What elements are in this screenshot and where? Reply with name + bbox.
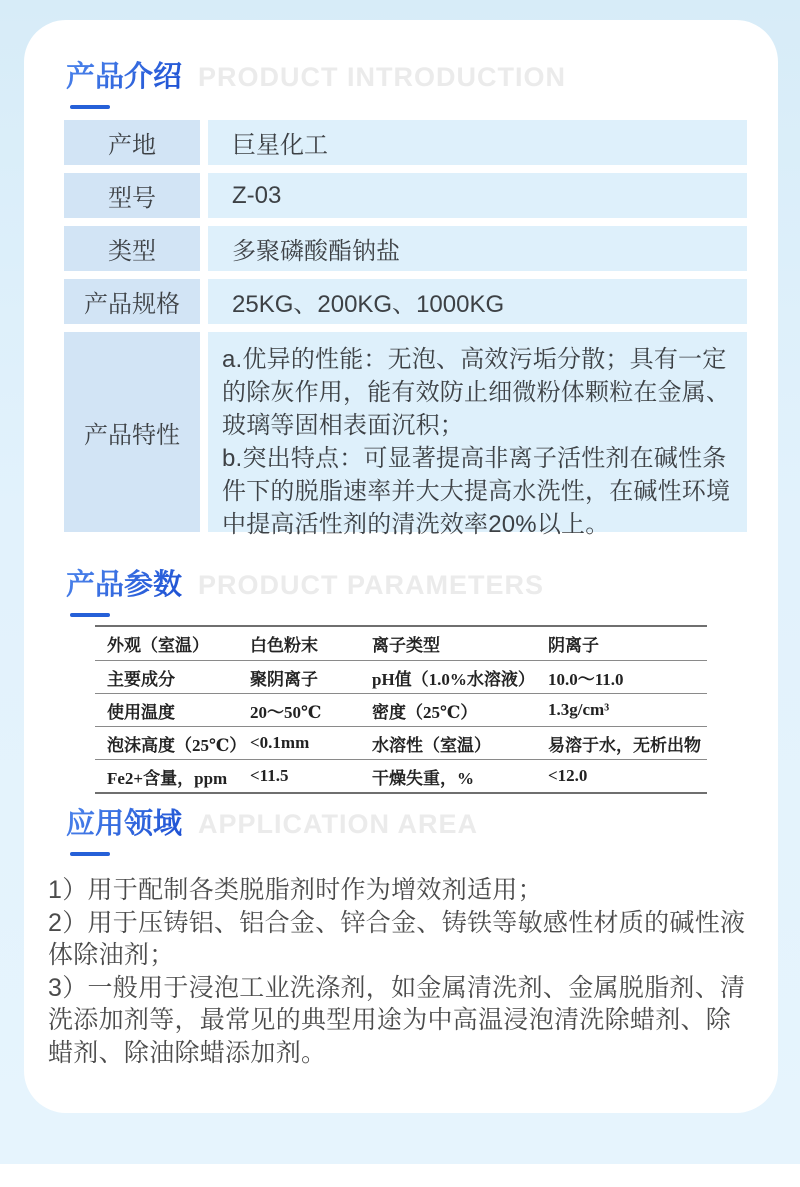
section-params-subtitle: PRODUCT PARAMETERS xyxy=(198,570,544,601)
table-row: 产品特性 a.优异的性能：无泡、高效污垢分散；具有一定的除灰作用，能有效防止细微… xyxy=(64,332,747,532)
section-application-header: 应用领域 APPLICATION AREA xyxy=(66,805,778,844)
param-value: 白色粉末 xyxy=(250,631,372,656)
param-value: <11.5 xyxy=(250,766,372,786)
list-item: 1）用于配制各类脱脂剂时作为增效剂适用； xyxy=(48,874,752,907)
info-label: 产品特性 xyxy=(64,332,200,532)
param-name: 离子类型 xyxy=(372,631,548,656)
param-name: 主要成分 xyxy=(95,665,250,690)
param-value: <0.1mm xyxy=(250,733,372,753)
section-application-subtitle: APPLICATION AREA xyxy=(198,809,478,840)
info-label: 类型 xyxy=(64,226,200,271)
section-intro-underline xyxy=(70,105,110,109)
table-row: 外观（室温） 白色粉末 离子类型 阴离子 xyxy=(95,627,707,660)
table-row: 产地 巨星化工 xyxy=(64,120,747,165)
param-value: 10.0～11.0 xyxy=(548,665,707,690)
param-name: 干燥失重，% xyxy=(372,764,548,789)
section-application-title: 应用领域 xyxy=(66,805,182,844)
param-name: 泡沫高度（25℃） xyxy=(95,731,250,756)
product-info-table: 产地 巨星化工 型号 Z-03 类型 多聚磷酸酯钠盐 产品规格 25KG、200… xyxy=(64,120,747,532)
application-list: 1）用于配制各类脱脂剂时作为增效剂适用； 2）用于压铸铝、铝合金、锌合金、铸铁等… xyxy=(48,874,752,1069)
param-value: 易溶于水，无析出物 xyxy=(548,731,707,756)
info-value: a.优异的性能：无泡、高效污垢分散；具有一定的除灰作用，能有效防止细微粉体颗粒在… xyxy=(208,332,747,532)
info-label: 产品规格 xyxy=(64,279,200,324)
parameter-table: 外观（室温） 白色粉末 离子类型 阴离子 主要成分 聚阴离子 pH值（1.0%水… xyxy=(95,625,707,794)
param-value: 20～50℃ xyxy=(250,698,372,723)
param-name: Fe2+含量，ppm xyxy=(95,764,250,789)
section-params-title: 产品参数 xyxy=(66,566,182,605)
param-value: 聚阴离子 xyxy=(250,665,372,690)
param-name: 水溶性（室温） xyxy=(372,731,548,756)
product-detail-card: 产品介绍 PRODUCT INTRODUCTION 产地 巨星化工 型号 Z-0… xyxy=(24,20,778,1113)
table-row: 使用温度 20～50℃ 密度（25℃） 1.3g/cm³ xyxy=(95,693,707,726)
section-params-header: 产品参数 PRODUCT PARAMETERS xyxy=(66,566,778,605)
info-value: Z-03 xyxy=(208,173,747,218)
section-application: 应用领域 APPLICATION AREA xyxy=(24,805,778,856)
info-label: 型号 xyxy=(64,173,200,218)
section-params-underline xyxy=(70,613,110,617)
table-row: Fe2+含量，ppm <11.5 干燥失重，% <12.0 xyxy=(95,759,707,792)
info-value: 25KG、200KG、1000KG xyxy=(208,279,747,324)
info-value: 巨星化工 xyxy=(208,120,747,165)
param-value: 阴离子 xyxy=(548,631,707,656)
section-intro-header: 产品介绍 PRODUCT INTRODUCTION xyxy=(66,58,778,97)
section-intro-title: 产品介绍 xyxy=(66,58,182,97)
info-value: 多聚磷酸酯钠盐 xyxy=(208,226,747,271)
param-name: 使用温度 xyxy=(95,698,250,723)
section-application-underline xyxy=(70,852,110,856)
list-item: 2）用于压铸铝、铝合金、锌合金、铸铁等敏感性材质的碱性液体除油剂； xyxy=(48,907,752,972)
list-item: 3）一般用于浸泡工业洗涤剂，如金属清洗剂、金属脱脂剂、清洗添加剂等，最常见的典型… xyxy=(48,972,752,1070)
table-row: 产品规格 25KG、200KG、1000KG xyxy=(64,279,747,324)
param-name: 密度（25℃） xyxy=(372,698,548,723)
param-name: pH值（1.0%水溶液） xyxy=(372,665,548,690)
section-params: 产品参数 PRODUCT PARAMETERS xyxy=(24,566,778,617)
param-value: <12.0 xyxy=(548,766,707,786)
section-intro: 产品介绍 PRODUCT INTRODUCTION xyxy=(24,58,778,109)
param-value: 1.3g/cm³ xyxy=(548,700,707,720)
section-intro-subtitle: PRODUCT INTRODUCTION xyxy=(198,62,566,93)
table-row: 泡沫高度（25℃） <0.1mm 水溶性（室温） 易溶于水，无析出物 xyxy=(95,726,707,759)
info-label: 产地 xyxy=(64,120,200,165)
param-name: 外观（室温） xyxy=(95,631,250,656)
table-row: 类型 多聚磷酸酯钠盐 xyxy=(64,226,747,271)
table-row: 型号 Z-03 xyxy=(64,173,747,218)
table-row: 主要成分 聚阴离子 pH值（1.0%水溶液） 10.0～11.0 xyxy=(95,660,707,693)
